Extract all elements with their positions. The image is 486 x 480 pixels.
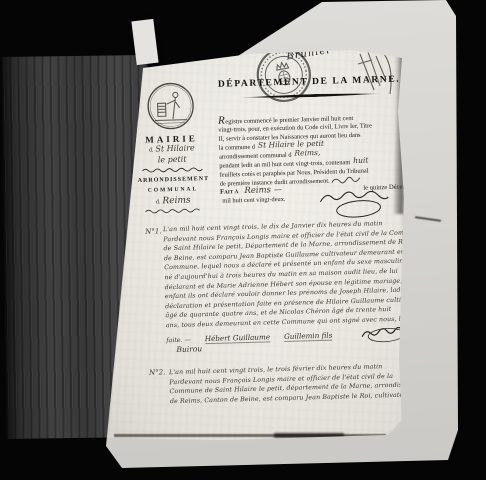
handwritten-arrondissement: Reims, bbox=[294, 148, 320, 158]
arrondissement-label: ARRONDISSEMENT bbox=[138, 176, 208, 184]
mairie-vignette-seal-icon bbox=[146, 81, 195, 130]
birth-act-1: L'an mil huit cent vingt trois, le dix d… bbox=[163, 218, 412, 330]
communal-label: COMMUNAL bbox=[138, 186, 208, 194]
fait-year: mil huit cent vingt-deux. bbox=[222, 196, 285, 205]
commune-prefix: d. bbox=[149, 148, 154, 154]
commune-name-line1: St Hilaire bbox=[155, 143, 194, 153]
acts-section: N°1. L'an mil huit cent vingt trois, le … bbox=[145, 218, 407, 225]
witness-signature: Buirou bbox=[176, 344, 202, 354]
paper-crack bbox=[415, 216, 441, 222]
act-closing: faite. — bbox=[166, 336, 191, 344]
mairie-block: MAIRIE d.St Hilaire le petit ARRONDISSEM… bbox=[135, 81, 209, 215]
act-number: N°1. bbox=[145, 227, 162, 235]
squiggle-divider-icon bbox=[141, 166, 203, 174]
archival-photo: MAIRIE d.St Hilaire le petit ARRONDISSEM… bbox=[0, 0, 486, 480]
arrondissement-value: Reims bbox=[162, 196, 190, 207]
president-signature-flourish-icon bbox=[316, 186, 391, 220]
page-content: MAIRIE d.St Hilaire le petit ARRONDISSEM… bbox=[100, 39, 421, 440]
fait-prefix: Fait à bbox=[220, 188, 239, 196]
squiggle-divider-icon bbox=[145, 207, 203, 215]
witness-signature: Hébert Guillaume bbox=[205, 332, 271, 344]
witness-signature: Guillemin fils bbox=[284, 331, 333, 342]
act-number: N°2. bbox=[149, 368, 166, 376]
birth-act-2: L'an mil huit cent vingt trois, le trois… bbox=[169, 361, 416, 406]
commune-name-line2: le petit bbox=[137, 154, 207, 166]
arrondissement-prefix: d. bbox=[156, 199, 161, 205]
handwritten-folio-count: huit bbox=[353, 156, 368, 165]
register-page: MAIRIE d.St Hilaire le petit ARRONDISSEM… bbox=[100, 48, 410, 440]
register-paragraph: Registre commencé le premier Janvier mil… bbox=[218, 111, 420, 189]
paper-tab bbox=[131, 19, 158, 65]
fait-place-handwritten: Reims — bbox=[244, 185, 282, 196]
